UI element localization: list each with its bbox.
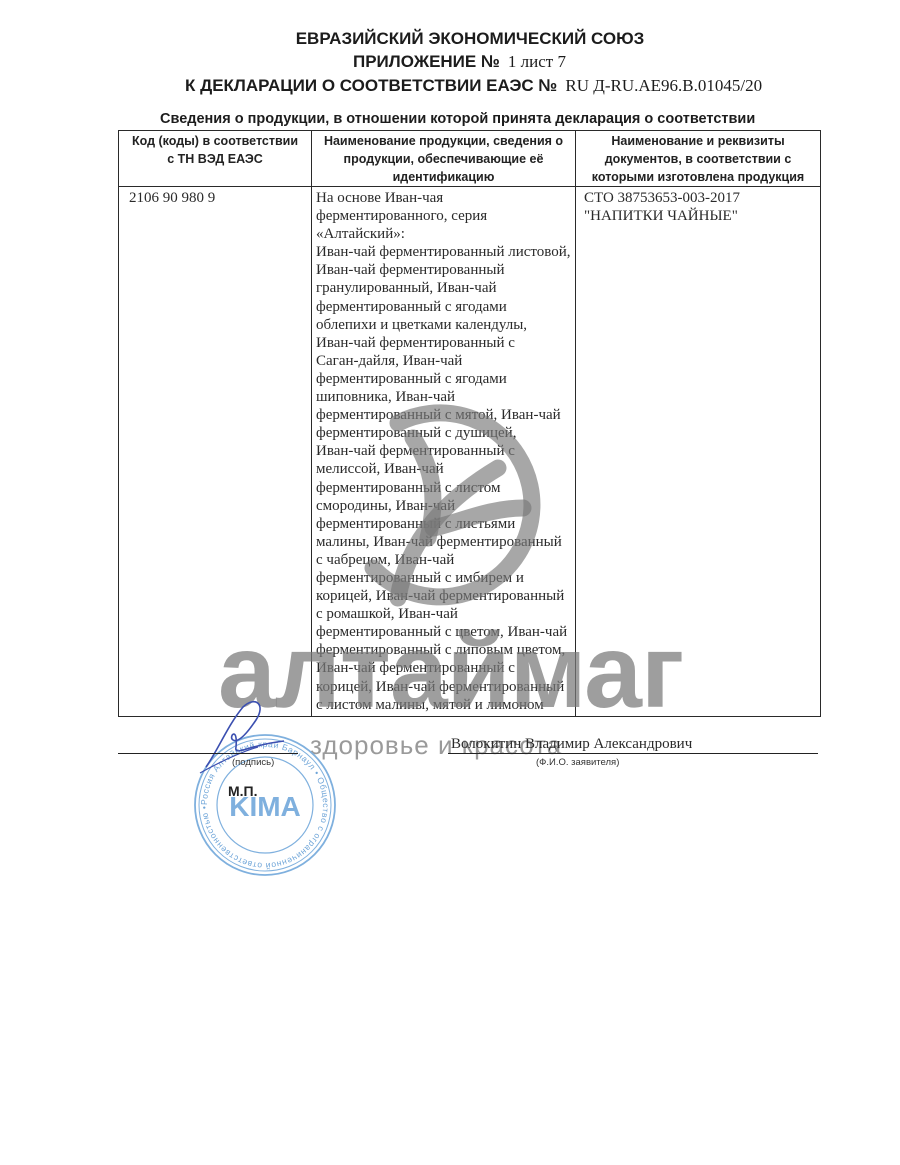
text-line: документов, в соответствии с <box>576 150 820 168</box>
appendix-label: ПРИЛОЖЕНИЕ № <box>353 52 500 71</box>
text-line: ферментированного, серия <box>316 207 572 225</box>
text-line: ферментированный с душицей, <box>316 424 572 442</box>
text-line: с листом малины, мятой и лимоном <box>316 696 572 714</box>
union-title: ЕВРАЗИЙСКИЙ ЭКОНОМИЧЕСКИЙ СОЮЗ <box>0 29 900 49</box>
text-line: идентификацию <box>312 168 575 186</box>
text-line: ферментированный с листьями <box>316 515 572 533</box>
cell-code: 2106 90 980 9 <box>119 187 312 717</box>
declaration-label: К ДЕКЛАРАЦИИ О СООТВЕТСТВИИ ЕАЭС № <box>185 76 557 95</box>
text-line: с ромашкой, Иван-чай <box>316 605 572 623</box>
table-row: 2106 90 980 9 На основе Иван-чаяферменти… <box>119 187 821 717</box>
text-line: Иван-чай ферментированный <box>316 261 572 279</box>
text-line: гранулированный, Иван-чай <box>316 279 572 297</box>
text-line: Иван-чай ферментированный с <box>316 334 572 352</box>
text-line: ферментированный с имбирем и <box>316 569 572 587</box>
declaration-number: RU Д-RU.АЕ96.В.01045/20 <box>565 76 762 95</box>
text-line: корицей, Иван-чай ферментированный <box>316 678 572 696</box>
signer-name: Волокитин Владимир Александрович <box>451 736 692 753</box>
table-header-row: Код (коды) в соответствиис ТН ВЭД ЕАЭС Н… <box>119 131 821 187</box>
cell-product: На основе Иван-чаяферментированного, сер… <box>312 187 576 717</box>
text-line: «Алтайский»: <box>316 225 572 243</box>
text-line: СТО 38753653-003-2017 <box>584 189 817 207</box>
text-line: ферментированный с листом <box>316 479 572 497</box>
text-line: ферментированный с мятой, Иван-чай <box>316 406 572 424</box>
text-line: Код (коды) в соответствии <box>119 132 311 150</box>
seal-label: М.П. <box>228 783 258 799</box>
header-product: Наименование продукции, сведения опродук… <box>312 131 576 187</box>
text-line: Наименование и реквизиты <box>576 132 820 150</box>
appendix-value: 1 лист 7 <box>508 52 566 71</box>
text-line: "НАПИТКИ ЧАЙНЫЕ" <box>584 207 817 225</box>
section-title: Сведения о продукции, в отношении которо… <box>160 111 755 127</box>
text-line: Иван-чай ферментированный листовой, <box>316 243 572 261</box>
product-table: Код (коды) в соответствиис ТН ВЭД ЕАЭС Н… <box>118 130 821 717</box>
text-line: с ТН ВЭД ЕАЭС <box>119 150 311 168</box>
text-line: Саган-дайля, Иван-чай <box>316 352 572 370</box>
text-line: которыми изготовлена продукция <box>576 168 820 186</box>
text-line: Иван-чай ферментированный с <box>316 442 572 460</box>
text-line: ферментированный с липовым цветом, <box>316 641 572 659</box>
text-line: ферментированный с ягодами <box>316 298 572 316</box>
header-documents: Наименование и реквизитыдокументов, в со… <box>576 131 821 187</box>
text-line: мелиссой, Иван-чай <box>316 460 572 478</box>
text-line: Иван-чай ферментированный с <box>316 659 572 677</box>
text-line: облепихи и цветками календулы, <box>316 316 572 334</box>
declaration-heading: К ДЕКЛАРАЦИИ О СООТВЕТСТВИИ ЕАЭС №RU Д-R… <box>185 76 762 96</box>
text-line: с чабрецом, Иван-чай <box>316 551 572 569</box>
appendix-heading: ПРИЛОЖЕНИЕ №1 лист 7 <box>353 52 566 72</box>
name-line <box>448 753 818 754</box>
signature-line <box>118 753 298 754</box>
name-caption: (Ф.И.О. заявителя) <box>536 757 619 768</box>
declaration-appendix-page: ЕВРАЗИЙСКИЙ ЭКОНОМИЧЕСКИЙ СОЮЗ ПРИЛОЖЕНИ… <box>0 0 900 1165</box>
text-line: На основе Иван-чая <box>316 189 572 207</box>
text-line: Наименование продукции, сведения о <box>312 132 575 150</box>
signature-caption: (подпись) <box>232 757 274 768</box>
header-code: Код (коды) в соответствиис ТН ВЭД ЕАЭС <box>119 131 312 187</box>
text-line: продукции, обеспечивающие её <box>312 150 575 168</box>
text-line: малины, Иван-чай ферментированный <box>316 533 572 551</box>
text-line: ферментированный с ягодами <box>316 370 572 388</box>
text-line: шиповника, Иван-чай <box>316 388 572 406</box>
text-line: смородины, Иван-чай <box>316 497 572 515</box>
text-line: ферментированный с цветом, Иван-чай <box>316 623 572 641</box>
cell-documents: СТО 38753653-003-2017"НАПИТКИ ЧАЙНЫЕ" <box>576 187 821 717</box>
text-line: корицей, Иван-чай ферментированный <box>316 587 572 605</box>
